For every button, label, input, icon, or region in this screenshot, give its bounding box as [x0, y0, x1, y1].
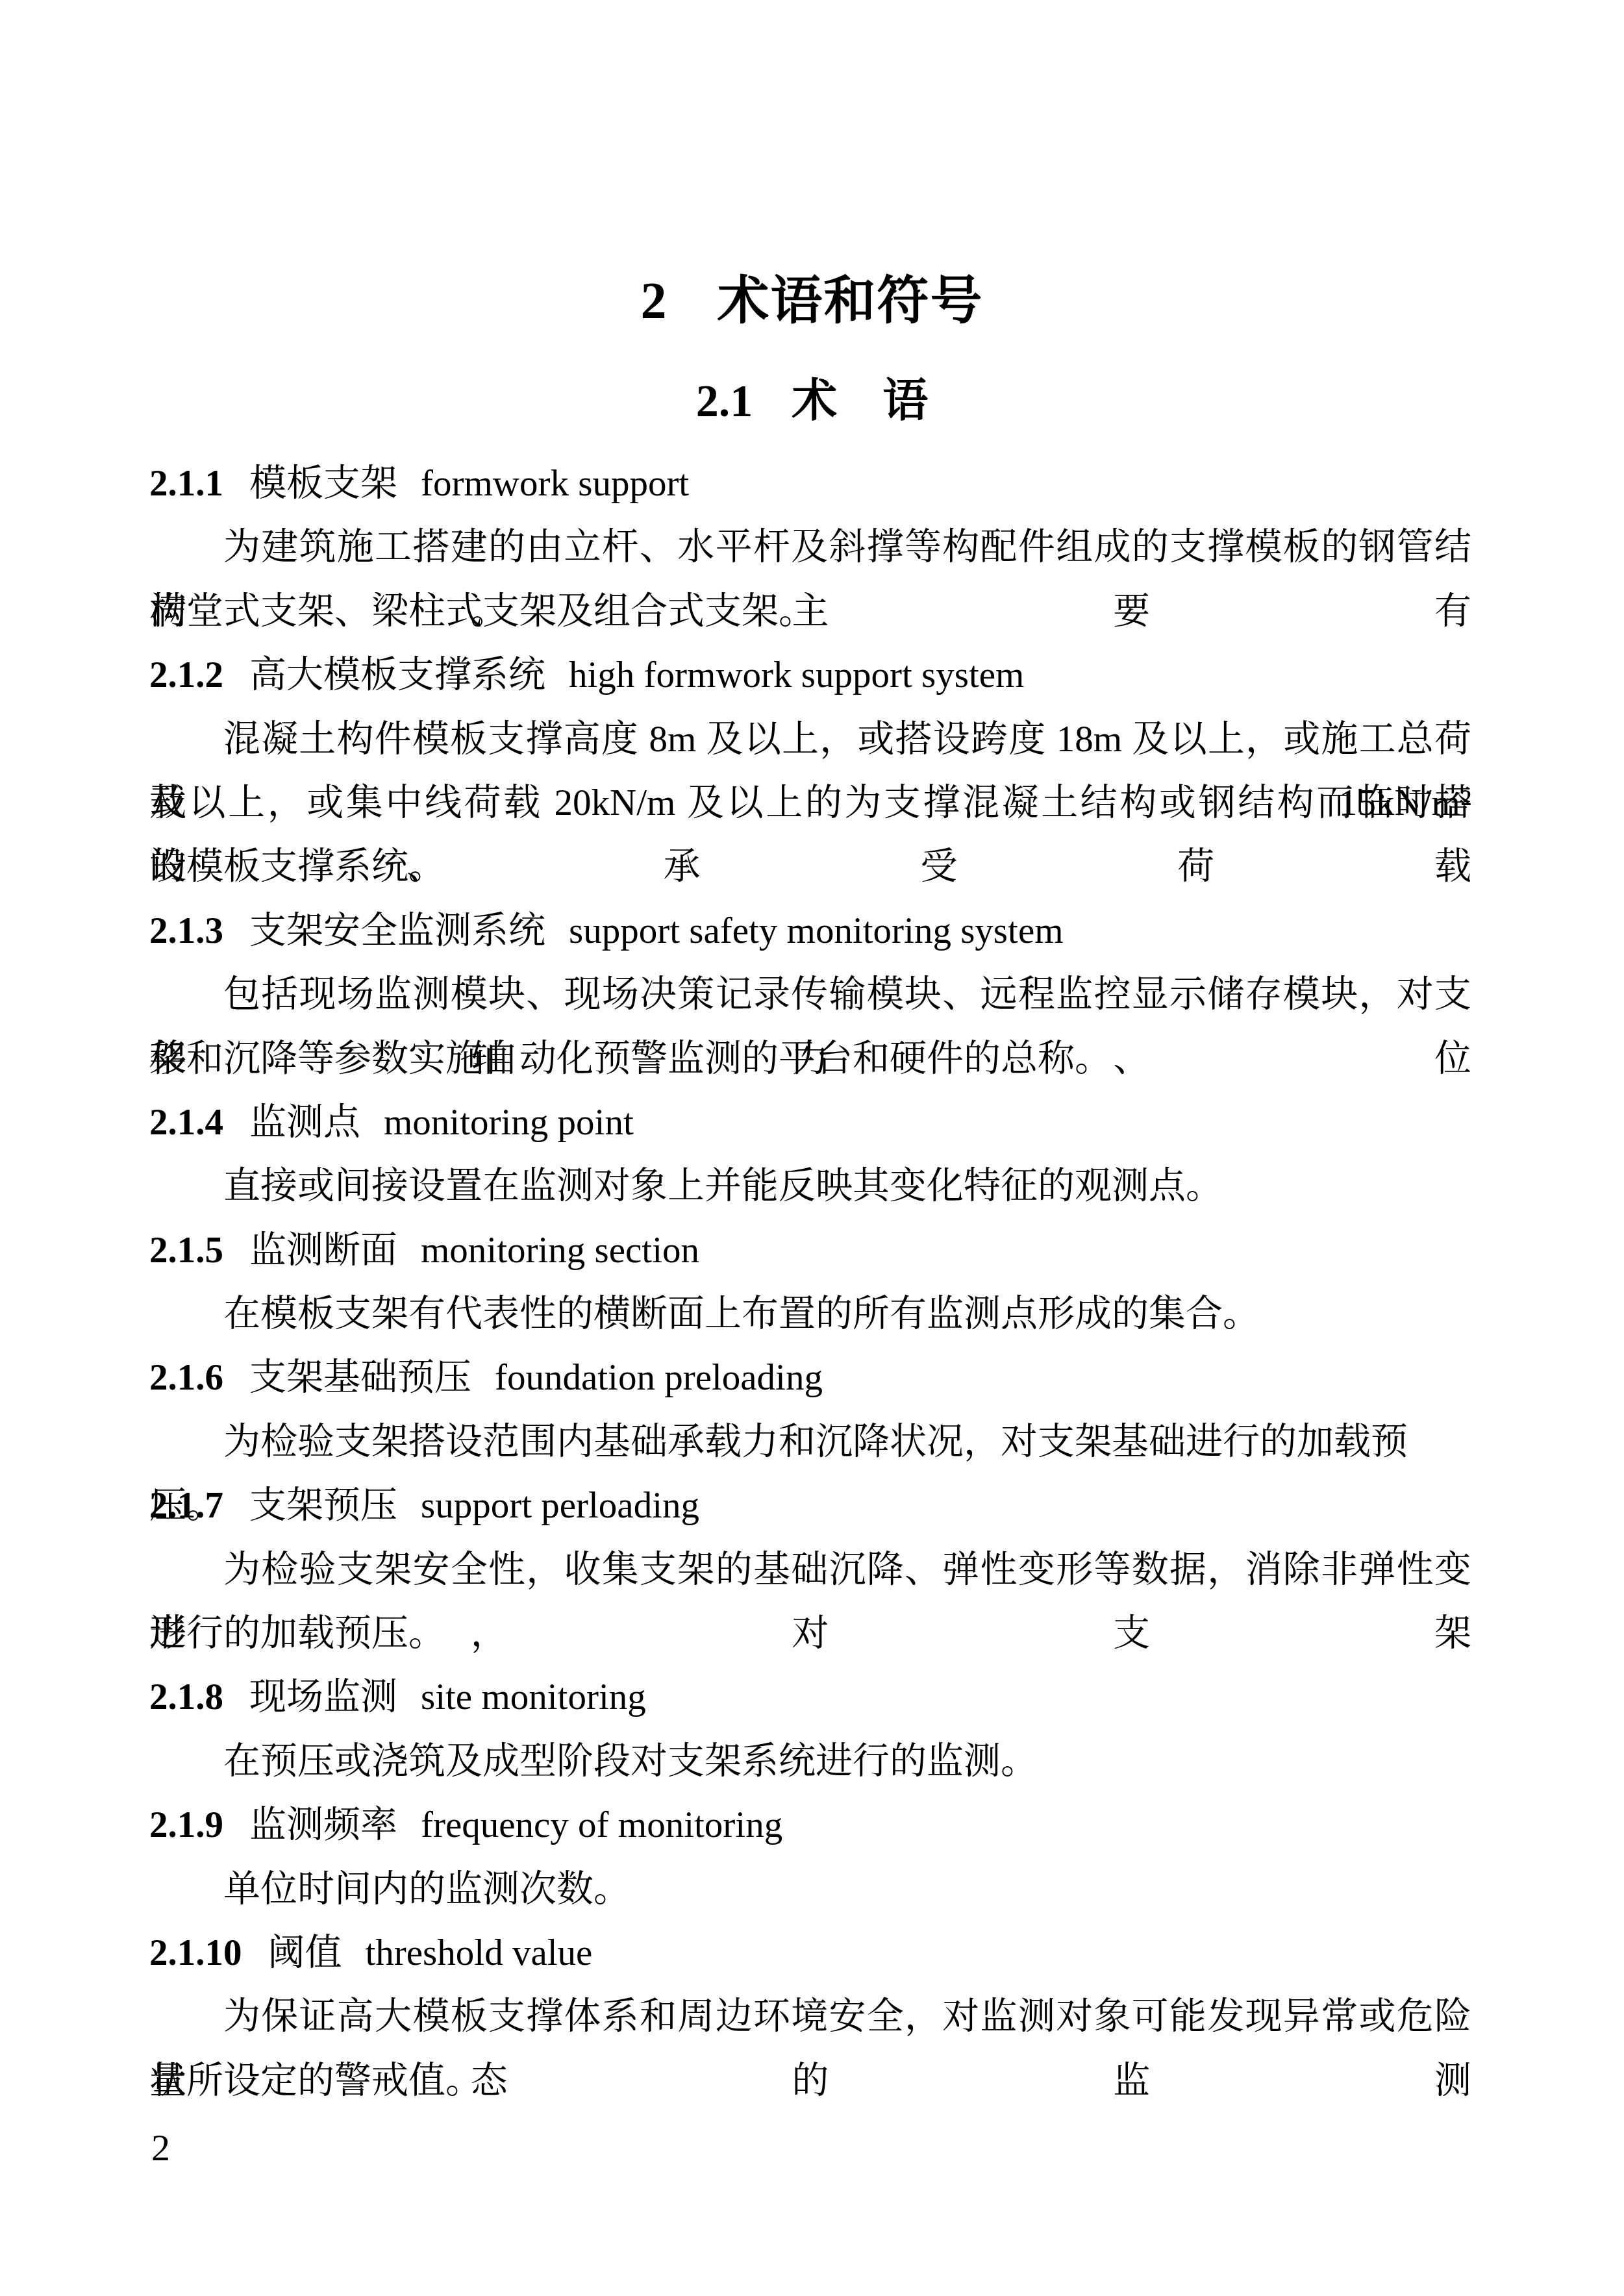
term-heading: 2.1.2高大模板支撑系统high formwork support syste… [149, 643, 1471, 707]
term-definition-line: 及以上，或集中线荷载 20kN/m 及以上的为支撑混凝土结构或钢结构而临时搭设、… [149, 771, 1471, 835]
term-heading: 2.1.5监测断面monitoring section [149, 1219, 1471, 1282]
document-page: 2术语和符号 2.1术 语 2.1.1模板支架formwork support为… [0, 0, 1624, 2296]
term-number: 2.1.2 [149, 655, 223, 695]
term-name-en: monitoring point [384, 1102, 634, 1143]
term-definition-line: 单位时间内的监测次数。 [149, 1858, 1471, 1921]
term-name-en: formwork support [421, 463, 689, 504]
term-definition-line: 为检验支架搭设范围内基础承载力和沉降状况，对支架基础进行的加载预压。 [149, 1410, 1471, 1474]
term-name-en: threshold value [366, 1932, 593, 1973]
term-definition-line: 直接或间接设置在监测对象上并能反映其变化特征的观测点。 [149, 1154, 1471, 1218]
chapter-title-text: 术语和符号 [718, 273, 984, 330]
term-name-en: support safety monitoring system [569, 910, 1064, 951]
term-name-zh: 阈值 [268, 1932, 342, 1973]
term-heading: 2.1.1模板支架formwork support [149, 452, 1471, 516]
terms-list: 2.1.1模板支架formwork support为建筑施工搭建的由立杆、水平杆… [149, 452, 1471, 2113]
term-number: 2.1.3 [149, 910, 223, 951]
term-heading: 2.1.8现场监测site monitoring [149, 1666, 1471, 1729]
page-number: 2 [151, 2116, 170, 2180]
term-name-zh: 现场监测 [249, 1677, 397, 1717]
term-heading: 2.1.10阈值threshold value [149, 1921, 1471, 1985]
term-number: 2.1.10 [149, 1932, 242, 1973]
term-heading: 2.1.3支架安全监测系统support safety monitoring s… [149, 899, 1471, 963]
term-number: 2.1.4 [149, 1102, 223, 1143]
term-name-zh: 监测点 [249, 1102, 360, 1143]
term-name-zh: 模板支架 [249, 463, 397, 504]
term-name-zh: 高大模板支撑系统 [249, 655, 545, 695]
chapter-number: 2 [641, 273, 668, 330]
term-definition-line: 为保证高大模板支撑体系和周边环境安全，对监测对象可能发现异常或危险状态的监测 [149, 1985, 1471, 2049]
term-name-zh: 支架预压 [249, 1485, 397, 1526]
term-definition-line: 为建筑施工搭建的由立杆、水平杆及斜撑等构配件组成的支撑模板的钢管结构。主要有 [149, 516, 1471, 579]
chapter-title: 2术语和符号 [0, 262, 1624, 340]
term-name-en: site monitoring [421, 1677, 646, 1717]
term-number: 2.1.5 [149, 1230, 223, 1271]
term-name-en: frequency of monitoring [421, 1804, 782, 1845]
section-number: 2.1 [696, 377, 753, 427]
term-definition-line: 为检验支架安全性，收集支架的基础沉降、弹性变形等数据，消除非弹性变形，对支架 [149, 1538, 1471, 1602]
term-name-zh: 监测断面 [249, 1230, 397, 1271]
term-definition-line: 在模板支架有代表性的横断面上布置的所有监测点形成的集合。 [149, 1282, 1471, 1346]
term-heading: 2.1.9监测频率frequency of monitoring [149, 1793, 1471, 1857]
term-name-en: foundation preloading [495, 1357, 823, 1398]
term-heading: 2.1.7支架预压support perloading [149, 1474, 1471, 1538]
term-name-en: support perloading [421, 1485, 699, 1526]
term-number: 2.1.6 [149, 1357, 223, 1398]
term-name-en: monitoring section [421, 1230, 699, 1271]
term-number: 2.1.7 [149, 1485, 223, 1526]
term-name-zh: 支架安全监测系统 [249, 910, 545, 951]
term-heading: 2.1.4监测点monitoring point [149, 1091, 1471, 1154]
section-title: 2.1术 语 [0, 362, 1624, 442]
term-heading: 2.1.6支架基础预压foundation preloading [149, 1346, 1471, 1410]
term-number: 2.1.8 [149, 1677, 223, 1717]
term-definition-line: 混凝土构件模板支撑高度 8m 及以上，或搭设跨度 18m 及以上，或施工总荷载 … [149, 708, 1471, 771]
term-name-en: high formwork support system [569, 655, 1024, 695]
term-number: 2.1.9 [149, 1804, 223, 1845]
section-title-text: 术 语 [792, 377, 928, 427]
term-number: 2.1.1 [149, 463, 223, 504]
term-name-zh: 监测频率 [249, 1804, 397, 1845]
term-definition-line: 包括现场监测模块、现场决策记录传输模块、远程监控显示储存模块，对支架轴力、位 [149, 963, 1471, 1027]
term-definition-line: 在预压或浇筑及成型阶段对支架系统进行的监测。 [149, 1730, 1471, 1793]
term-name-zh: 支架基础预压 [249, 1357, 471, 1398]
